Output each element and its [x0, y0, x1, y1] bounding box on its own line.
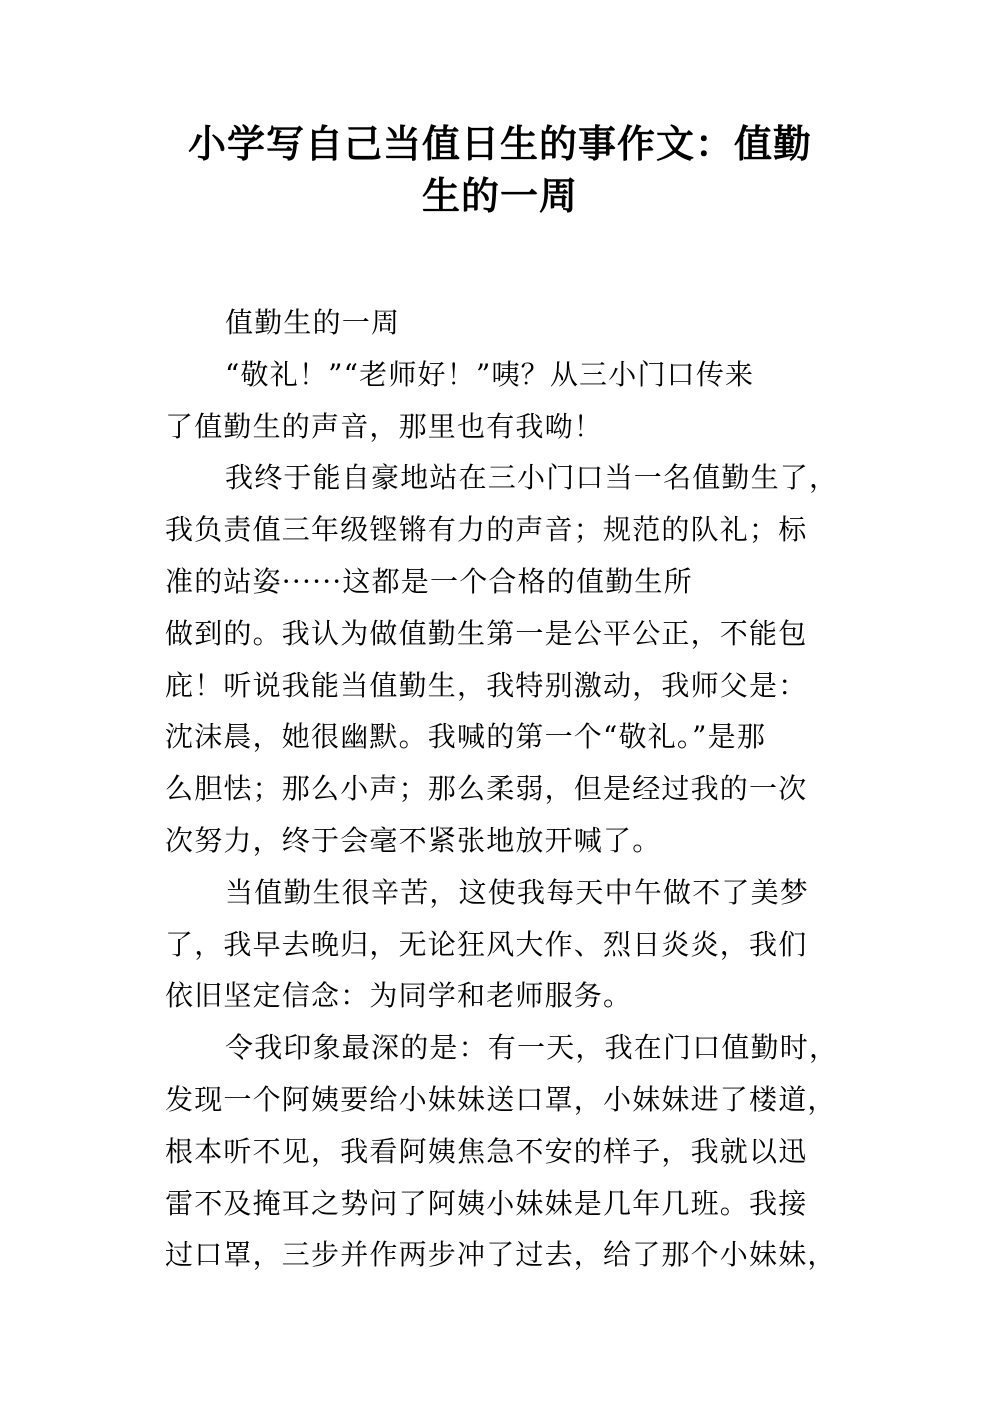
- paragraph-line: 么胆怯；那么小声；那么柔弱，但是经过我的一次: [165, 763, 845, 815]
- subtitle-line: 值勤生的一周: [165, 297, 845, 349]
- paragraph-line: 发现一个阿姨要给小妹妹送口罩，小妹妹进了楼道，: [165, 1074, 845, 1126]
- paragraph-line: 我负责值三年级铿锵有力的声音；规范的队礼；标: [165, 504, 845, 556]
- paragraph-line: 庇！听说我能当值勤生，我特别激动，我师父是：: [165, 660, 845, 712]
- paragraph-line: “敬礼！”“老师好！”咦？从三小门口传来: [165, 349, 845, 401]
- paragraph-line: 我终于能自豪地站在三小门口当一名值勤生了，: [165, 452, 845, 504]
- paragraph-line: 了，我早去晚归，无论狂风大作、烈日炎炎，我们: [165, 919, 845, 971]
- paragraph-line: 令我印象最深的是：有一天，我在门口值勤时，: [165, 1022, 845, 1074]
- title-line-2: 生的一周: [160, 170, 840, 222]
- paragraph-line: 准的站姿······这都是一个合格的值勤生所: [165, 556, 845, 608]
- paragraph-line: 根本听不见，我看阿姨焦急不安的样子，我就以迅: [165, 1126, 845, 1178]
- title-line-1: 小学写自己当值日生的事作文：值勤: [160, 118, 840, 170]
- paragraph-line: 做到的。我认为做值勤生第一是公平公正，不能包: [165, 608, 845, 660]
- document-page: 小学写自己当值日生的事作文：值勤 生的一周 值勤生的一周 “敬礼！”“老师好！”…: [0, 0, 993, 1404]
- paragraph-line: 次努力，终于会毫不紧张地放开喊了。: [165, 815, 845, 867]
- document-title: 小学写自己当值日生的事作文：值勤 生的一周: [160, 118, 840, 222]
- document-body: 值勤生的一周 “敬礼！”“老师好！”咦？从三小门口传来 了值勤生的声音，那里也有…: [165, 297, 845, 1281]
- paragraph-line: 了值勤生的声音，那里也有我呦！: [165, 401, 845, 453]
- paragraph-line: 过口罩，三步并作两步冲了过去，给了那个小妹妹，: [165, 1229, 845, 1281]
- paragraph-line: 沈沫晨，她很幽默。我喊的第一个“敬礼。”是那: [165, 711, 845, 763]
- paragraph-line: 依旧坚定信念：为同学和老师服务。: [165, 970, 845, 1022]
- paragraph-line: 当值勤生很辛苦，这使我每天中午做不了美梦: [165, 867, 845, 919]
- paragraph-line: 雷不及掩耳之势问了阿姨小妹妹是几年几班。我接: [165, 1178, 845, 1230]
